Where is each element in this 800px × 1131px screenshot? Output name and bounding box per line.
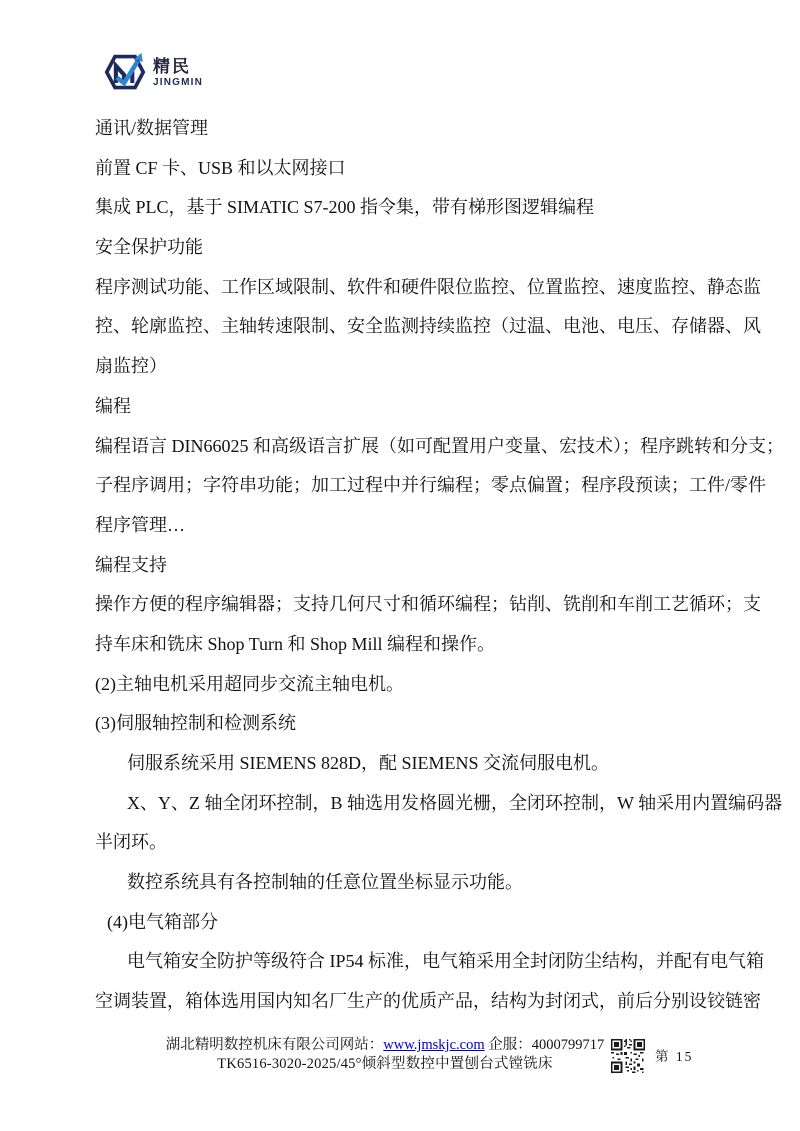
text-line: (3)伺服轴控制和检测系统	[95, 704, 715, 744]
document-page: 精民 JINGMIN 通讯/数据管理前置 CF 卡、USB 和以太网接口集成 P…	[0, 0, 800, 1131]
text-line: 持车床和铣床 Shop Turn 和 Shop Mill 编程和操作。	[95, 625, 715, 665]
text-line: 程序管理…	[95, 506, 715, 546]
document-body: 通讯/数据管理前置 CF 卡、USB 和以太网接口集成 PLC，基于 SIMAT…	[95, 109, 715, 1022]
text-line: 编程支持	[95, 546, 715, 586]
logo-text: 精民 JINGMIN	[153, 58, 203, 88]
footer-website-link[interactable]: www.jmskjc.com	[383, 1037, 484, 1053]
text-line: 数控系统具有各控制轴的任意位置坐标显示功能。	[95, 863, 715, 903]
logo-name-chinese: 精民	[153, 58, 203, 75]
company-logo: 精民 JINGMIN	[104, 50, 203, 96]
footer-text: 湖北精明数控机床有限公司网站：www.jmskjc.com 企服：4000799…	[95, 1036, 675, 1074]
text-line: 编程语言 DIN66025 和高级语言扩展（如可配置用户变量、宏技术）；程序跳转…	[95, 427, 715, 467]
text-line: 操作方便的程序编辑器；支持几何尺寸和循环编程；钻削、铣削和车削工艺循环；支	[95, 585, 715, 625]
text-line: 空调装置，箱体选用国内知名厂生产的优质产品，结构为封闭式，前后分别设铰链密	[95, 982, 715, 1022]
text-line: 电气箱安全防护等级符合 IP54 标准，电气箱采用全封闭防尘结构，并配有电气箱	[95, 942, 715, 982]
logo-name-english: JINGMIN	[153, 78, 203, 88]
logo-hexagon-m-icon	[104, 50, 146, 96]
text-line: 程序测试功能、工作区域限制、软件和硬件限位监控、位置监控、速度监控、静态监	[95, 268, 715, 308]
footer-service-phone: 企服：4000799717	[485, 1037, 605, 1053]
text-line: 控、轮廓监控、主轴转速限制、安全监测持续监控（过温、电池、电压、存储器、风	[95, 307, 715, 347]
text-line: 半闭环。	[95, 823, 715, 863]
text-line: 集成 PLC，基于 SIMATIC S7-200 指令集，带有梯形图逻辑编程	[95, 188, 715, 228]
text-line: 通讯/数据管理	[95, 109, 715, 149]
page-footer: 湖北精明数控机床有限公司网站：www.jmskjc.com 企服：4000799…	[0, 1033, 800, 1093]
footer-product-line: TK6516-3020-2025/45°倾斜型数控中置刨台式镗铣床	[95, 1055, 675, 1074]
footer-company-line: 湖北精明数控机床有限公司网站：www.jmskjc.com 企服：4000799…	[95, 1036, 675, 1055]
text-line: 扇监控）	[95, 347, 715, 387]
text-line: 伺服系统采用 SIEMENS 828D，配 SIEMENS 交流伺服电机。	[95, 744, 715, 784]
page-number: 第 15	[655, 1045, 693, 1065]
text-line: 编程	[95, 387, 715, 427]
text-line: 子程序调用；字符串功能；加工过程中并行编程；零点偏置；程序段预读；工件/零件	[95, 466, 715, 506]
text-line: 前置 CF 卡、USB 和以太网接口	[95, 149, 715, 189]
qr-code-icon	[611, 1039, 645, 1073]
footer-company-prefix: 湖北精明数控机床有限公司网站：	[166, 1037, 384, 1053]
text-line: (2)主轴电机采用超同步交流主轴电机。	[95, 665, 715, 705]
text-line: (4)电气箱部分	[95, 903, 715, 943]
text-line: X、Y、Z 轴全闭环控制，B 轴选用发格圆光栅，全闭环控制，W 轴采用内置编码器	[95, 784, 715, 824]
text-line: 安全保护功能	[95, 228, 715, 268]
